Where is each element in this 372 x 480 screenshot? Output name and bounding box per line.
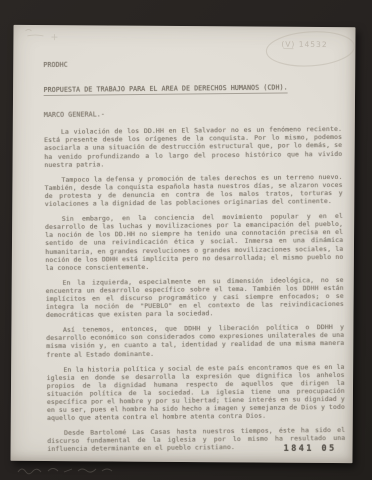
document-kicker: PRODHC xyxy=(43,58,341,69)
paragraph-4: En la izquierda, especialmente en su dim… xyxy=(46,276,344,320)
scanned-page: (V) 14532 PRODHC PROPUESTA DE TRABAJO PA… xyxy=(10,25,355,463)
section-heading: MARCO GENERAL.- xyxy=(44,108,342,119)
document-title: PROPUESTA DE TRABAJO PARA EL AREA DE DER… xyxy=(44,84,288,97)
paragraph-5: Así tenemos, entonces, que DDHH y libera… xyxy=(46,323,344,358)
scan-background: (V) 14532 PRODHC PROPUESTA DE TRABAJO PA… xyxy=(0,0,372,480)
paragraph-3: Sin embargo, en la conciencia del movimi… xyxy=(45,212,344,272)
handwritten-mark-bottom-left xyxy=(14,462,124,478)
paragraph-6: En la historia política y social de este… xyxy=(46,363,345,423)
pencil-scribble-top-left xyxy=(21,23,91,49)
paragraph-2: Tampoco la defensa y promoción de tales … xyxy=(44,173,342,208)
pencil-note-text: (V) 14532 xyxy=(281,40,327,49)
typed-text-block: PRODHC PROPUESTA DE TRABAJO PARA EL AREA… xyxy=(43,58,345,461)
paragraph-1: La violación de los DD.HH en El Salvador… xyxy=(44,125,342,169)
archive-number-stamp: 1841 05 xyxy=(284,444,337,454)
